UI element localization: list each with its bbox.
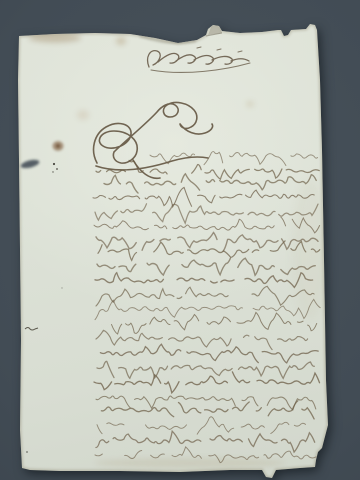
top-stain-spot bbox=[116, 37, 126, 45]
tear-hole bbox=[20, 158, 40, 170]
top-edge-stain bbox=[29, 34, 81, 43]
bottom-age-band bbox=[95, 458, 285, 468]
calligraphic-initial bbox=[94, 103, 213, 179]
handwritten-line bbox=[96, 431, 315, 452]
handwritten-line bbox=[95, 273, 313, 288]
handwritten-line bbox=[97, 361, 314, 378]
handwritten-line bbox=[97, 417, 317, 434]
handwritten-line bbox=[101, 401, 314, 419]
manuscript-page bbox=[0, 0, 360, 480]
faint-spot-initial bbox=[77, 110, 89, 120]
ink-specks bbox=[26, 163, 63, 453]
handwritten-line bbox=[100, 344, 318, 363]
faint-spot-right bbox=[246, 101, 254, 108]
handwritten-line bbox=[150, 152, 318, 166]
body-text-lines bbox=[93, 152, 320, 463]
right-mottling bbox=[292, 180, 328, 320]
handwritten-line bbox=[97, 258, 315, 275]
photo-background bbox=[0, 0, 360, 480]
handwritten-line bbox=[94, 217, 320, 233]
marginal-note bbox=[25, 328, 38, 331]
handwritten-line bbox=[112, 312, 317, 334]
handwritten-line bbox=[96, 286, 314, 306]
stains-group bbox=[17, 34, 328, 469]
handwritten-line bbox=[98, 241, 320, 261]
handwritten-line bbox=[93, 187, 314, 206]
handwritten-line bbox=[95, 299, 320, 319]
salutation-flourish bbox=[148, 47, 250, 72]
left-edge-dent-shade bbox=[17, 318, 21, 326]
brown-blotch-core bbox=[56, 144, 60, 148]
handwritten-line bbox=[104, 174, 316, 193]
handwritten-line bbox=[95, 204, 318, 223]
paper-shadow bbox=[0, 0, 360, 480]
handwriting-layer bbox=[0, 0, 360, 480]
handwritten-line bbox=[96, 330, 313, 349]
